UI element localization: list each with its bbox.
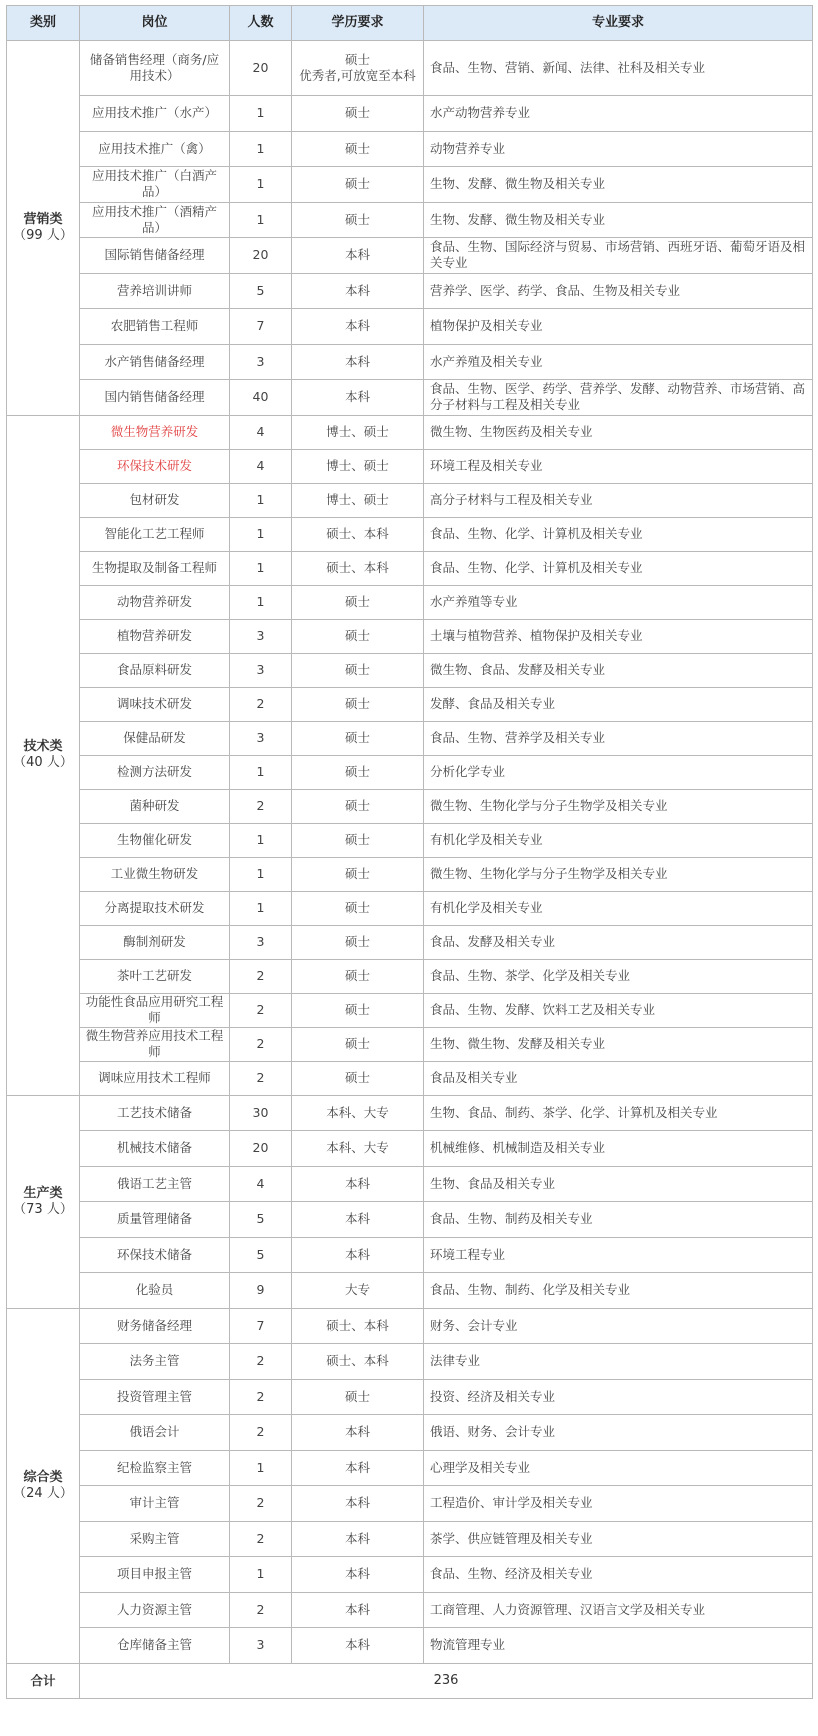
major-cell: 食品、生物、国际经济与贸易、市场营销、西班牙语、葡萄牙语及相关专业	[424, 238, 813, 274]
education-cell: 本科	[292, 309, 424, 345]
table-row: 国际销售储备经理20本科食品、生物、国际经济与贸易、市场营销、西班牙语、葡萄牙语…	[7, 238, 813, 274]
major-cell: 法律专业	[424, 1344, 813, 1380]
count-cell: 3	[230, 344, 292, 380]
count-cell: 4	[230, 1166, 292, 1202]
count-cell: 2	[230, 1521, 292, 1557]
position-cell: 营养培训讲师	[80, 273, 230, 309]
major-cell: 植物保护及相关专业	[424, 309, 813, 345]
count-cell: 5	[230, 1202, 292, 1238]
table-row: 营养培训讲师5本科营养学、医学、药学、食品、生物及相关专业	[7, 273, 813, 309]
count-cell: 2	[230, 1592, 292, 1628]
count-cell: 2	[230, 1379, 292, 1415]
count-cell: 2	[230, 687, 292, 721]
major-cell: 茶学、供应链管理及相关专业	[424, 1521, 813, 1557]
table-row: 营销类（99 人）储备销售经理（商务/应用技术）20硕士 优秀者,可放宽至本科食…	[7, 41, 813, 96]
position-cell: 工艺技术储备	[80, 1095, 230, 1131]
position-cell: 人力资源主管	[80, 1592, 230, 1628]
count-cell: 2	[230, 789, 292, 823]
table-row: 法务主管2硕士、本科法律专业	[7, 1344, 813, 1380]
position-cell: 质量管理储备	[80, 1202, 230, 1238]
count-cell: 20	[230, 41, 292, 96]
education-cell: 硕士 优秀者,可放宽至本科	[292, 41, 424, 96]
education-cell: 本科	[292, 1592, 424, 1628]
count-cell: 1	[230, 585, 292, 619]
count-cell: 4	[230, 415, 292, 449]
table-row: 功能性食品应用研究工程师2硕士食品、生物、发酵、饮料工艺及相关专业	[7, 993, 813, 1027]
position-cell: 仓库储备主管	[80, 1628, 230, 1664]
table-row: 审计主管2本科工程造价、审计学及相关专业	[7, 1486, 813, 1522]
total-value: 236	[80, 1663, 813, 1698]
education-cell: 硕士、本科	[292, 551, 424, 585]
category-count: （99 人）	[11, 228, 75, 244]
table-row: 植物营养研发3硕士土壤与植物营养、植物保护及相关专业	[7, 619, 813, 653]
education-cell: 硕士	[292, 202, 424, 238]
position-cell: 茶叶工艺研发	[80, 959, 230, 993]
table-row: 生产类（73 人）工艺技术储备30本科、大专生物、食品、制药、茶学、化学、计算机…	[7, 1095, 813, 1131]
count-cell: 1	[230, 823, 292, 857]
table-row: 保健品研发3硕士食品、生物、营养学及相关专业	[7, 721, 813, 755]
major-cell: 微生物、食品、发酵及相关专业	[424, 653, 813, 687]
table-row: 水产销售储备经理3本科水产养殖及相关专业	[7, 344, 813, 380]
major-cell: 食品、生物、经济及相关专业	[424, 1557, 813, 1593]
table-row: 俄语会计2本科俄语、财务、会计专业	[7, 1415, 813, 1451]
position-cell: 俄语工艺主管	[80, 1166, 230, 1202]
count-cell: 20	[230, 1131, 292, 1167]
major-cell: 食品、生物、茶学、化学及相关专业	[424, 959, 813, 993]
category-cell: 技术类（40 人）	[7, 415, 80, 1095]
position-cell: 化验员	[80, 1273, 230, 1309]
major-cell: 食品、生物、制药及相关专业	[424, 1202, 813, 1238]
table-row: 调味应用技术工程师2硕士食品及相关专业	[7, 1061, 813, 1095]
education-cell: 本科	[292, 1237, 424, 1273]
education-cell: 本科	[292, 344, 424, 380]
count-cell: 3	[230, 619, 292, 653]
major-cell: 水产养殖等专业	[424, 585, 813, 619]
count-cell: 1	[230, 551, 292, 585]
major-cell: 水产养殖及相关专业	[424, 344, 813, 380]
major-cell: 食品、生物、营销、新闻、法律、社科及相关专业	[424, 41, 813, 96]
count-cell: 9	[230, 1273, 292, 1309]
education-cell: 硕士	[292, 993, 424, 1027]
table-row: 环保技术研发4博士、硕士环境工程及相关专业	[7, 449, 813, 483]
major-cell: 财务、会计专业	[424, 1308, 813, 1344]
count-cell: 3	[230, 925, 292, 959]
position-cell: 包材研发	[80, 483, 230, 517]
category-count: （24 人）	[11, 1486, 75, 1502]
table-row: 质量管理储备5本科食品、生物、制药及相关专业	[7, 1202, 813, 1238]
header-category: 类别	[7, 6, 80, 41]
table-row: 应用技术推广（水产）1硕士水产动物营养专业	[7, 96, 813, 132]
position-cell: 项目申报主管	[80, 1557, 230, 1593]
table-row: 采购主管2本科茶学、供应链管理及相关专业	[7, 1521, 813, 1557]
count-cell: 1	[230, 517, 292, 551]
education-cell: 本科	[292, 1486, 424, 1522]
major-cell: 土壤与植物营养、植物保护及相关专业	[424, 619, 813, 653]
position-cell: 微生物营养研发	[80, 415, 230, 449]
category-name: 营销类	[11, 212, 75, 228]
table-row: 酶制剂研发3硕士食品、发酵及相关专业	[7, 925, 813, 959]
table-row: 生物催化研发1硕士有机化学及相关专业	[7, 823, 813, 857]
major-cell: 生物、发酵、微生物及相关专业	[424, 202, 813, 238]
table-row: 微生物营养应用技术工程师2硕士生物、微生物、发酵及相关专业	[7, 1027, 813, 1061]
position-cell: 农肥销售工程师	[80, 309, 230, 345]
category-name: 综合类	[11, 1470, 75, 1486]
major-cell: 食品、生物、营养学及相关专业	[424, 721, 813, 755]
recruitment-table: 类别 岗位 人数 学历要求 专业要求 营销类（99 人）储备销售经理（商务/应用…	[6, 5, 813, 1699]
count-cell: 3	[230, 1628, 292, 1664]
position-cell: 采购主管	[80, 1521, 230, 1557]
education-cell: 硕士	[292, 891, 424, 925]
education-cell: 硕士、本科	[292, 517, 424, 551]
education-cell: 硕士	[292, 585, 424, 619]
position-cell: 调味技术研发	[80, 687, 230, 721]
count-cell: 1	[230, 167, 292, 203]
education-cell: 硕士	[292, 96, 424, 132]
count-cell: 3	[230, 721, 292, 755]
position-cell: 调味应用技术工程师	[80, 1061, 230, 1095]
header-count: 人数	[230, 6, 292, 41]
count-cell: 1	[230, 1557, 292, 1593]
count-cell: 2	[230, 1061, 292, 1095]
position-cell: 检测方法研发	[80, 755, 230, 789]
position-cell: 智能化工艺工程师	[80, 517, 230, 551]
education-cell: 硕士	[292, 1027, 424, 1061]
header-major: 专业要求	[424, 6, 813, 41]
category-count: （40 人）	[11, 755, 75, 771]
major-cell: 工程造价、审计学及相关专业	[424, 1486, 813, 1522]
count-cell: 1	[230, 202, 292, 238]
position-cell: 储备销售经理（商务/应用技术）	[80, 41, 230, 96]
table-row: 化验员9大专食品、生物、制药、化学及相关专业	[7, 1273, 813, 1309]
major-cell: 生物、食品及相关专业	[424, 1166, 813, 1202]
education-cell: 硕士	[292, 755, 424, 789]
table-row: 生物提取及制备工程师1硕士、本科食品、生物、化学、计算机及相关专业	[7, 551, 813, 585]
position-cell: 分离提取技术研发	[80, 891, 230, 925]
table-row: 综合类（24 人）财务储备经理7硕士、本科财务、会计专业	[7, 1308, 813, 1344]
education-cell: 本科	[292, 1628, 424, 1664]
count-cell: 2	[230, 1027, 292, 1061]
education-cell: 硕士	[292, 789, 424, 823]
table-row: 调味技术研发2硕士发酵、食品及相关专业	[7, 687, 813, 721]
table-row: 仓库储备主管3本科物流管理专业	[7, 1628, 813, 1664]
education-cell: 硕士	[292, 925, 424, 959]
header-position: 岗位	[80, 6, 230, 41]
table-row: 检测方法研发1硕士分析化学专业	[7, 755, 813, 789]
major-cell: 发酵、食品及相关专业	[424, 687, 813, 721]
table-row: 纪检监察主管1本科心理学及相关专业	[7, 1450, 813, 1486]
count-cell: 1	[230, 131, 292, 167]
education-cell: 本科	[292, 1202, 424, 1238]
education-cell: 硕士	[292, 653, 424, 687]
position-cell: 国内销售储备经理	[80, 380, 230, 416]
major-cell: 投资、经济及相关专业	[424, 1379, 813, 1415]
major-cell: 心理学及相关专业	[424, 1450, 813, 1486]
major-cell: 水产动物营养专业	[424, 96, 813, 132]
education-cell: 硕士	[292, 823, 424, 857]
position-cell: 环保技术储备	[80, 1237, 230, 1273]
position-cell: 功能性食品应用研究工程师	[80, 993, 230, 1027]
count-cell: 1	[230, 483, 292, 517]
position-cell: 植物营养研发	[80, 619, 230, 653]
position-cell: 生物提取及制备工程师	[80, 551, 230, 585]
table-row: 俄语工艺主管4本科生物、食品及相关专业	[7, 1166, 813, 1202]
count-cell: 1	[230, 1450, 292, 1486]
count-cell: 2	[230, 1486, 292, 1522]
position-cell: 审计主管	[80, 1486, 230, 1522]
position-cell: 应用技术推广（禽）	[80, 131, 230, 167]
category-count: （73 人）	[11, 1202, 75, 1218]
position-cell: 财务储备经理	[80, 1308, 230, 1344]
position-cell: 水产销售储备经理	[80, 344, 230, 380]
position-cell: 应用技术推广（水产）	[80, 96, 230, 132]
major-cell: 生物、食品、制药、茶学、化学、计算机及相关专业	[424, 1095, 813, 1131]
major-cell: 生物、微生物、发酵及相关专业	[424, 1027, 813, 1061]
major-cell: 食品、发酵及相关专业	[424, 925, 813, 959]
header-row: 类别 岗位 人数 学历要求 专业要求	[7, 6, 813, 41]
category-name: 技术类	[11, 739, 75, 755]
education-cell: 本科	[292, 238, 424, 274]
major-cell: 食品、生物、医学、药学、营养学、发酵、动物营养、市场营销、高分子材料与工程及相关…	[424, 380, 813, 416]
count-cell: 1	[230, 96, 292, 132]
position-cell: 生物催化研发	[80, 823, 230, 857]
table-row: 项目申报主管1本科食品、生物、经济及相关专业	[7, 1557, 813, 1593]
position-cell: 法务主管	[80, 1344, 230, 1380]
position-cell: 保健品研发	[80, 721, 230, 755]
table-row: 国内销售储备经理40本科食品、生物、医学、药学、营养学、发酵、动物营养、市场营销…	[7, 380, 813, 416]
total-label: 合计	[7, 1663, 80, 1698]
count-cell: 4	[230, 449, 292, 483]
major-cell: 食品、生物、化学、计算机及相关专业	[424, 517, 813, 551]
table-row: 农肥销售工程师7本科植物保护及相关专业	[7, 309, 813, 345]
position-cell: 食品原料研发	[80, 653, 230, 687]
education-cell: 硕士	[292, 721, 424, 755]
count-cell: 3	[230, 653, 292, 687]
major-cell: 俄语、财务、会计专业	[424, 1415, 813, 1451]
position-cell: 动物营养研发	[80, 585, 230, 619]
education-cell: 硕士	[292, 687, 424, 721]
education-cell: 本科	[292, 1450, 424, 1486]
header-education: 学历要求	[292, 6, 424, 41]
education-cell: 本科	[292, 1557, 424, 1593]
position-cell: 酶制剂研发	[80, 925, 230, 959]
category-cell: 生产类（73 人）	[7, 1095, 80, 1308]
table-row: 分离提取技术研发1硕士有机化学及相关专业	[7, 891, 813, 925]
table-row: 菌种研发2硕士微生物、生物化学与分子生物学及相关专业	[7, 789, 813, 823]
position-cell: 应用技术推广（酒精产品）	[80, 202, 230, 238]
table-row: 包材研发1博士、硕士高分子材料与工程及相关专业	[7, 483, 813, 517]
education-cell: 硕士	[292, 619, 424, 653]
count-cell: 20	[230, 238, 292, 274]
table-row: 技术类（40 人）微生物营养研发4博士、硕士微生物、生物医药及相关专业	[7, 415, 813, 449]
count-cell: 1	[230, 891, 292, 925]
count-cell: 2	[230, 1415, 292, 1451]
total-row: 合计 236	[7, 1663, 813, 1698]
table-row: 工业微生物研发1硕士微生物、生物化学与分子生物学及相关专业	[7, 857, 813, 891]
table-row: 环保技术储备5本科环境工程专业	[7, 1237, 813, 1273]
count-cell: 40	[230, 380, 292, 416]
education-cell: 本科	[292, 273, 424, 309]
table-body: 营销类（99 人）储备销售经理（商务/应用技术）20硕士 优秀者,可放宽至本科食…	[7, 41, 813, 1664]
education-cell: 硕士	[292, 131, 424, 167]
education-cell: 硕士	[292, 959, 424, 993]
category-cell: 综合类（24 人）	[7, 1308, 80, 1663]
education-cell: 本科	[292, 1415, 424, 1451]
position-cell: 纪检监察主管	[80, 1450, 230, 1486]
count-cell: 1	[230, 857, 292, 891]
position-cell: 环保技术研发	[80, 449, 230, 483]
major-cell: 微生物、生物化学与分子生物学及相关专业	[424, 857, 813, 891]
major-cell: 高分子材料与工程及相关专业	[424, 483, 813, 517]
major-cell: 微生物、生物化学与分子生物学及相关专业	[424, 789, 813, 823]
major-cell: 环境工程专业	[424, 1237, 813, 1273]
count-cell: 30	[230, 1095, 292, 1131]
education-cell: 本科、大专	[292, 1095, 424, 1131]
major-cell: 食品及相关专业	[424, 1061, 813, 1095]
table-row: 茶叶工艺研发2硕士食品、生物、茶学、化学及相关专业	[7, 959, 813, 993]
education-cell: 博士、硕士	[292, 449, 424, 483]
position-cell: 国际销售储备经理	[80, 238, 230, 274]
education-cell: 硕士	[292, 167, 424, 203]
table-row: 投资管理主管2硕士投资、经济及相关专业	[7, 1379, 813, 1415]
table-row: 应用技术推广（禽）1硕士动物营养专业	[7, 131, 813, 167]
count-cell: 7	[230, 1308, 292, 1344]
education-cell: 本科	[292, 1521, 424, 1557]
count-cell: 7	[230, 309, 292, 345]
education-cell: 硕士、本科	[292, 1344, 424, 1380]
major-cell: 生物、发酵、微生物及相关专业	[424, 167, 813, 203]
category-cell: 营销类（99 人）	[7, 41, 80, 416]
major-cell: 食品、生物、化学、计算机及相关专业	[424, 551, 813, 585]
count-cell: 1	[230, 755, 292, 789]
major-cell: 环境工程及相关专业	[424, 449, 813, 483]
position-cell: 投资管理主管	[80, 1379, 230, 1415]
count-cell: 2	[230, 993, 292, 1027]
major-cell: 动物营养专业	[424, 131, 813, 167]
education-cell: 博士、硕士	[292, 483, 424, 517]
count-cell: 5	[230, 273, 292, 309]
table-row: 智能化工艺工程师1硕士、本科食品、生物、化学、计算机及相关专业	[7, 517, 813, 551]
table-row: 食品原料研发3硕士微生物、食品、发酵及相关专业	[7, 653, 813, 687]
major-cell: 机械维修、机械制造及相关专业	[424, 1131, 813, 1167]
education-cell: 本科、大专	[292, 1131, 424, 1167]
education-cell: 硕士、本科	[292, 1308, 424, 1344]
position-cell: 俄语会计	[80, 1415, 230, 1451]
major-cell: 有机化学及相关专业	[424, 823, 813, 857]
table-row: 机械技术储备20本科、大专机械维修、机械制造及相关专业	[7, 1131, 813, 1167]
education-cell: 硕士	[292, 1379, 424, 1415]
major-cell: 物流管理专业	[424, 1628, 813, 1664]
education-cell: 大专	[292, 1273, 424, 1309]
position-cell: 工业微生物研发	[80, 857, 230, 891]
major-cell: 营养学、医学、药学、食品、生物及相关专业	[424, 273, 813, 309]
count-cell: 2	[230, 1344, 292, 1380]
table-row: 动物营养研发1硕士水产养殖等专业	[7, 585, 813, 619]
table-row: 应用技术推广（白酒产品）1硕士生物、发酵、微生物及相关专业	[7, 167, 813, 203]
major-cell: 微生物、生物医药及相关专业	[424, 415, 813, 449]
education-cell: 本科	[292, 1166, 424, 1202]
position-cell: 微生物营养应用技术工程师	[80, 1027, 230, 1061]
category-name: 生产类	[11, 1186, 75, 1202]
education-cell: 本科	[292, 380, 424, 416]
education-cell: 硕士	[292, 1061, 424, 1095]
major-cell: 食品、生物、制药、化学及相关专业	[424, 1273, 813, 1309]
education-cell: 硕士	[292, 857, 424, 891]
table-row: 应用技术推广（酒精产品）1硕士生物、发酵、微生物及相关专业	[7, 202, 813, 238]
count-cell: 2	[230, 959, 292, 993]
major-cell: 分析化学专业	[424, 755, 813, 789]
table-row: 人力资源主管2本科工商管理、人力资源管理、汉语言文学及相关专业	[7, 1592, 813, 1628]
major-cell: 工商管理、人力资源管理、汉语言文学及相关专业	[424, 1592, 813, 1628]
position-cell: 应用技术推广（白酒产品）	[80, 167, 230, 203]
position-cell: 机械技术储备	[80, 1131, 230, 1167]
education-cell: 博士、硕士	[292, 415, 424, 449]
position-cell: 菌种研发	[80, 789, 230, 823]
major-cell: 食品、生物、发酵、饮料工艺及相关专业	[424, 993, 813, 1027]
major-cell: 有机化学及相关专业	[424, 891, 813, 925]
count-cell: 5	[230, 1237, 292, 1273]
